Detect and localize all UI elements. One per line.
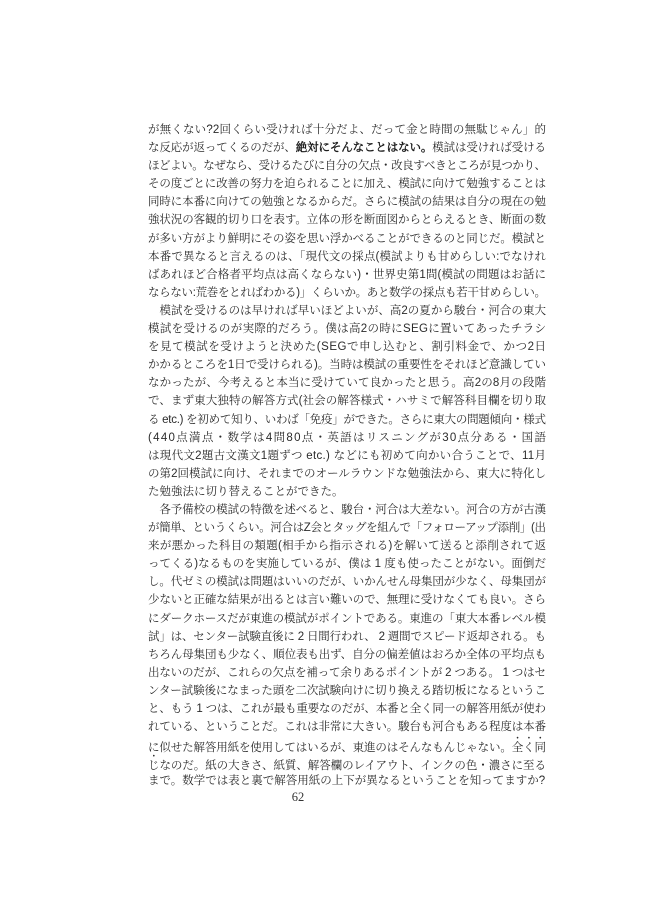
text-line: 模試を受けるのは早ければ早いほどよいが、高2の夏から駿台・河合の東大 — [148, 302, 546, 320]
text-segment: 同時に本番に向けての勉強となるからだ。さらに模試の結果は自分の現在の勉 — [148, 196, 546, 208]
text-segment: (440点満点・数学は4問80点・英語はリスニングが30点分ある・国語 — [148, 432, 546, 444]
text-line: 来が悪かった科目の類題(相手から指示される)を解いて送ると添削されて返 — [148, 537, 546, 555]
body-text: が無くない?2回くらい受ければ十分だよ、だって金と時間の無駄じゃん」的な反応が返… — [148, 121, 546, 790]
text-line: 試」は、センター試験直後に 2 日間行われ、 2 週間でスピード返却される。も — [148, 628, 546, 646]
text-line: にダークホースだが東進の模試がポイントである。東進の「東大本番レベル模 — [148, 610, 546, 628]
text-line: で、まず東大独特の解答方式(社会の解答様式・ハサミで解答科目欄を切り取 — [148, 392, 546, 410]
text-segment: ちろん母集団も少なく、順位表も出ず、自分の偏差値はおろか全体の平均点も — [148, 649, 546, 661]
text-line: が簡単、というくらい。河合はZ会とタッグを組んで「フォローアップ添削」(出 — [148, 519, 546, 537]
emphasis-bold: 絶対にそんなことはない。 — [296, 142, 432, 154]
text-segment: た勉強法に切り替えることができた。 — [148, 486, 344, 498]
text-segment: は現代文2題古文漢文1題ずつ etc.) などにも初めて向かい合うことで、11月 — [148, 450, 546, 462]
text-line: ちろん母集団も少なく、順位表も出ず、自分の偏差値はおろか全体の平均点も — [148, 646, 546, 664]
text-line: の第2回模試に向け、それまでのオールラウンドな勉強法から、東大に特化し — [148, 465, 546, 483]
text-segment: で、まず東大独特の解答方式(社会の解答様式・ハサミで解答科目欄を切り取 — [148, 395, 546, 407]
emphasis-dots: じ — [148, 760, 159, 772]
text-segment: なのだ。紙の大きさ、紙質、解答欄のレイアウト、インクの色・濃さに至る — [159, 760, 545, 772]
text-segment: にダークホースだが東進の模試がポイントである。東進の「東大本番レベル模 — [148, 613, 546, 625]
text-segment: 模試は受ければ受ける — [432, 142, 546, 154]
text-line: ならない:荒巻をとればわかる)」くらいか。あと数学の採点も若干甘めらしい。 — [148, 284, 546, 302]
text-line: に似せた解答用紙を使用してはいるが、東進のはそんなもんじゃない。全く同 — [148, 736, 546, 754]
text-segment: し。代ゼミの模試は問題はいいのだが、いかんせん母集団が少なく、母集団が — [148, 576, 546, 588]
text-line: (440点満点・数学は4問80点・英語はリスニングが30点分ある・国語 — [148, 429, 546, 447]
text-line: れている、ということだ。これは非常に大きい。駿台も河合もある程度は本番 — [148, 718, 546, 736]
text-line: を見て模試を受けようと決めた(SEGで申し込むと、割引料金で、かつ2日 — [148, 338, 546, 356]
text-segment: 来が悪かった科目の類題(相手から指示される)を解いて送ると添削されて返 — [148, 540, 546, 552]
text-line: た勉強法に切り替えることができた。 — [148, 483, 546, 501]
text-line: ってくる)なるものを実施しているが、僕は 1 度も使ったことがない。面倒だ — [148, 555, 546, 573]
text-segment: れている、ということだ。これは非常に大きい。駿台も河合もある程度は本番 — [148, 721, 546, 733]
text-segment: かかるところを1日で受けられる)。当時は模試の重要性をそれほど意識してい — [148, 359, 546, 371]
text-line: なかったが、今考えると本当に受けていて良かったと思う。高2の8月の段階 — [148, 374, 546, 392]
text-segment: と、もう 1 つは、これが最も重要なのだが、本番と全く同一の解答用紙が使わ — [148, 703, 546, 715]
text-segment: ほどよい。なぜなら、受けるたびに自分の欠点・改良すべきところが見つかり、 — [148, 160, 546, 172]
text-line: まで。数学では表と裏で解答用紙の上下が異なるということを知ってますか? — [148, 772, 546, 790]
text-segment: な反応が返ってくるのだが、 — [148, 142, 296, 154]
text-segment: ンター試験後になまった頭を二次試験向けに切り換える踏切板になるというこ — [148, 685, 546, 697]
text-segment: 強状況の客観的切り口を表す。立体の形を断面図からとらえるとき、断面の数 — [148, 214, 546, 226]
text-segment: が無くない?2回くらい受ければ十分だよ、だって金と時間の無駄じゃん」的 — [148, 124, 546, 136]
text-line: 同時に本番に向けての勉強となるからだ。さらに模試の結果は自分の現在の勉 — [148, 193, 546, 211]
text-segment: が簡単、というくらい。河合はZ会とタッグを組んで「フォローアップ添削」(出 — [148, 522, 546, 534]
text-segment: に似せた解答用紙を使用してはいるが、東進のはそんなもんじゃない。 — [148, 742, 512, 754]
text-segment: が多い方がより鮮明にその姿を思い浮かべることができるのと同じだ。模試と — [148, 233, 546, 245]
emphasis-dots: 全く同 — [512, 742, 546, 754]
text-line: と、もう 1 つは、これが最も重要なのだが、本番と全く同一の解答用紙が使わ — [148, 700, 546, 718]
page-number: 62 — [0, 790, 596, 805]
text-line: その度ごとに改善の努力を迫られることに加え、模試に向けて勉強することは — [148, 175, 546, 193]
text-segment: ならない:荒巻をとればわかる)」くらいか。あと数学の採点も若干甘めらしい。 — [148, 287, 546, 299]
text-segment: ばあれほど合格者平均点は高くならない)・世界史第1問(模試の問題はお話に — [148, 269, 546, 281]
text-segment: 各予備校の模試の特徴を述べると、駿台・河合は大差ない。河合の方が古漢 — [148, 504, 546, 516]
document-page: が無くない?2回くらい受ければ十分だよ、だって金と時間の無駄じゃん」的な反応が返… — [0, 0, 650, 919]
text-line: ほどよい。なぜなら、受けるたびに自分の欠点・改良すべきところが見つかり、 — [148, 157, 546, 175]
text-line: し。代ゼミの模試は問題はいいのだが、いかんせん母集団が少なく、母集団が — [148, 573, 546, 591]
text-segment: ってくる)なるものを実施しているが、僕は 1 度も使ったことがない。面倒だ — [148, 558, 546, 570]
text-segment: その度ごとに改善の努力を迫られることに加え、模試に向けて勉強することは — [148, 178, 546, 190]
text-line: じなのだ。紙の大きさ、紙質、解答欄のレイアウト、インクの色・濃さに至る — [148, 754, 546, 772]
text-line: ばあれほど合格者平均点は高くならない)・世界史第1問(模試の問題はお話に — [148, 266, 546, 284]
text-segment: なかったが、今考えると本当に受けていて良かったと思う。高2の8月の段階 — [148, 377, 546, 389]
text-line: が無くない?2回くらい受ければ十分だよ、だって金と時間の無駄じゃん」的 — [148, 121, 546, 139]
text-line: 出ないのだが、これらの欠点を補って余りあるポイントが 2 つある。 1 つはセ — [148, 664, 546, 682]
text-line: ンター試験後になまった頭を二次試験向けに切り換える踏切板になるというこ — [148, 682, 546, 700]
text-segment: 模試を受けるのが実際的だろう。僕は高2の時にSEGに置いてあったチラシ — [148, 323, 546, 335]
text-segment: 本番で異なると言えるのは、「現代文の採点(模試よりも甘めらしい:でなけれ — [148, 251, 546, 263]
text-line: 模試を受けるのが実際的だろう。僕は高2の時にSEGに置いてあったチラシ — [148, 320, 546, 338]
text-segment: 少ないと正確な結果が出るとは言い難いので、無理に受けなくても良い。さら — [148, 594, 546, 606]
text-segment: 模試を受けるのは早ければ早いほどよいが、高2の夏から駿台・河合の東大 — [148, 305, 546, 317]
text-segment: を見て模試を受けようと決めた(SEGで申し込むと、割引料金で、かつ2日 — [148, 341, 546, 353]
text-segment: 試」は、センター試験直後に 2 日間行われ、 2 週間でスピード返却される。も — [148, 631, 546, 643]
text-line: な反応が返ってくるのだが、絶対にそんなことはない。模試は受ければ受ける — [148, 139, 546, 157]
text-line: が多い方がより鮮明にその姿を思い浮かべることができるのと同じだ。模試と — [148, 230, 546, 248]
text-line: る etc.) を初めて知り、いわば「免疫」ができた。さらに東大の問題傾向・様式 — [148, 411, 546, 429]
text-line: 少ないと正確な結果が出るとは言い難いので、無理に受けなくても良い。さら — [148, 591, 546, 609]
text-line: 強状況の客観的切り口を表す。立体の形を断面図からとらえるとき、断面の数 — [148, 211, 546, 229]
text-line: かかるところを1日で受けられる)。当時は模試の重要性をそれほど意識してい — [148, 356, 546, 374]
text-segment: の第2回模試に向け、それまでのオールラウンドな勉強法から、東大に特化し — [148, 468, 546, 480]
text-line: 本番で異なると言えるのは、「現代文の採点(模試よりも甘めらしい:でなけれ — [148, 248, 546, 266]
text-line: 各予備校の模試の特徴を述べると、駿台・河合は大差ない。河合の方が古漢 — [148, 501, 546, 519]
text-segment: まで。数学では表と裏で解答用紙の上下が異なるということを知ってますか? — [148, 775, 545, 787]
text-segment: る etc.) を初めて知り、いわば「免疫」ができた。さらに東大の問題傾向・様式 — [148, 414, 546, 426]
text-line: は現代文2題古文漢文1題ずつ etc.) などにも初めて向かい合うことで、11月 — [148, 447, 546, 465]
text-segment: 出ないのだが、これらの欠点を補って余りあるポイントが 2 つある。 1 つはセ — [148, 667, 546, 679]
